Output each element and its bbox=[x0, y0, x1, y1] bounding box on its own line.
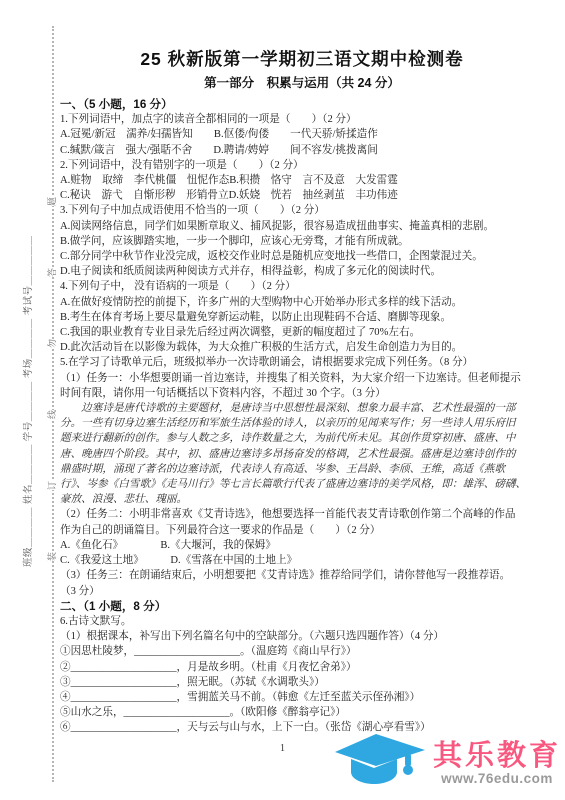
content-line: C.部分同学中秋节作业没完成，返校交作业时总是随机应变地找一些借口，企图蒙混过关… bbox=[60, 249, 544, 264]
content-line: 作为自己的朗诵篇目。下列最符合这一要求的作品是（ ）（2 分） bbox=[60, 523, 544, 538]
content-line: 边塞诗是唐代诗歌的主要题材，是唐诗当中思想性最深刻、想象力最丰富、艺术性最强的一… bbox=[60, 401, 544, 416]
content-line: A.冠冕/新冠 濡养/妇孺皆知 B.伛偻/佝偻 一代天骄/矫揉造作 bbox=[60, 127, 544, 142]
content-line: ②____________________，月是故乡明。（杜甫《月夜忆舍弟》） bbox=[60, 660, 544, 675]
content-line: D.此次活动旨在以影像为载体，为大众推广积极的生活方式，启发生命创造力为目的。 bbox=[60, 340, 544, 355]
content-line: 唐、晚唐四个阶段。其中，初、盛唐边塞诗多昂扬奋发的格调，艺术性最强。盛唐是边塞诗… bbox=[60, 447, 544, 462]
exam-paper-page: 题 答 勿 线 订 装 班级＿＿＿＿ 姓名＿＿＿＿ 学号＿＿＿＿ 考场＿＿＿＿ … bbox=[0, 0, 565, 800]
content-line: 1.下列词语中，加点字的读音全都相同的一项是（ ）（2 分） bbox=[60, 112, 544, 127]
graduation-cap-icon bbox=[329, 733, 429, 794]
content-line: （3 分） bbox=[60, 584, 544, 599]
content-line: ⑤山水之乐，____________________。（欧阳修《醉翁亭记》） bbox=[60, 705, 544, 720]
content-line: C.秘诀 游弋 自惭形秽 形销骨立D.妖娆 恍若 抽丝剥茧 丰功伟迹 bbox=[60, 188, 544, 203]
content-line: 2.下列词语中，没有错别字的一项是（ ）（2 分） bbox=[60, 158, 544, 173]
content-line: 鼎盛时期，涌现了著名的边塞诗派，代表诗人有高适、岑参、王昌龄、李颀、王维，高适《… bbox=[60, 462, 544, 477]
content-line: 时间有限，请你用一句话概括以下资料内容，不超过 30 个字。（3 分） bbox=[60, 386, 544, 401]
content-line: D.电子阅读和纸质阅读两种阅读方式并存，相得益彰，构成了多元化的阅读时代。 bbox=[60, 264, 544, 279]
brand-url: www.76edu.com bbox=[441, 771, 553, 787]
section-subtitle: 第一部分 积累与运用（共 24 分） bbox=[60, 75, 544, 92]
content-line: （3）任务三：在朗诵结束后，小明想要把《艾青诗选》推荐给同学们，请你替他写一段推… bbox=[60, 568, 544, 583]
content-line: 3.下列句子中加点成语使用不恰当的一项（ ）（2 分） bbox=[60, 203, 544, 218]
content-line: A.在做好疫情防控的前提下，许多广州的大型购物中心开始举办形式多样的线下活动。 bbox=[60, 295, 544, 310]
content-line: 行》、岑参《白雪歌》《走马川行》等七言长篇歌行代表了盛唐边塞诗的美学风格，即：雄… bbox=[60, 477, 544, 492]
content-line: （1）任务一：小华想要朗诵一首边塞诗，并搜集了相关资料，为大家介绍一下边塞诗。但… bbox=[60, 371, 544, 386]
watermark-logo: 其乐教育 www.76edu.com bbox=[329, 733, 561, 794]
binding-line-text: 题 答 勿 线 订 装 bbox=[45, 195, 60, 563]
content-lines: 一、（5 小题，16 分）1.下列词语中，加点字的读音全都相同的一项是（ ）（2… bbox=[60, 97, 544, 736]
binding-char: 线 bbox=[46, 410, 59, 419]
content-line: ④____________________，雪拥蓝关马不前。（韩愈《左迁至蓝关示… bbox=[60, 690, 544, 705]
content-line: 题来进行翻新的创作。参与人数之多，诗作数量之大，为前代所未见。其创作贯穿初唐、盛… bbox=[60, 431, 544, 446]
content-line: ③____________________，照无眠。（苏轼《水调歌头》） bbox=[60, 675, 544, 690]
content-line: 6.古诗文默写。 bbox=[60, 614, 544, 629]
binding-char: 装 bbox=[46, 552, 59, 561]
content-line: C.缄默/箴言 强大/强聒不舍 D.聘请/娉婷 间不容发/挑拨离间 bbox=[60, 143, 544, 158]
content-line: （1）根据课本，补写出下列名篇名句中的空缺部分。（六题只选四题作答）（4 分） bbox=[60, 629, 544, 644]
content-line: （2）任务二：小明非常喜欢《艾青诗选》，他想要选择一首能代表艾青诗歌创作第二个高… bbox=[60, 507, 544, 522]
content-line: 分。一些有切身边塞生活经历和军旅生活体验的诗人，以亲历的见闻来写作；另一些诗人用… bbox=[60, 416, 544, 431]
content-line: B.考生在体育考场上要尽量避免穿新运动鞋，以防止出现鞋码不合适、磨脚等现象。 bbox=[60, 310, 544, 325]
content-line: 5.在学习了诗歌单元后，班级拟举办一次诗歌朗诵会，请根据要求完成下列任务。（8 … bbox=[60, 355, 544, 370]
brand-name: 其乐教育 bbox=[433, 741, 561, 771]
content-line: C.我国的职业教育专业目录先后经过两次调整，更新的幅度超过了 70%左右。 bbox=[60, 325, 544, 340]
binding-char: 答 bbox=[46, 268, 59, 277]
content-line: ①因思杜陵梦，____________________。（温庭筠《商山早行》） bbox=[60, 644, 544, 659]
content-line: A.赃物 取缔 李代桃僵 忸怩作态B.积攒 恪守 言不及意 大发雷霆 bbox=[60, 173, 544, 188]
exam-content: 25 秋新版第一学期初三语文期中检测卷 第一部分 积累与运用（共 24 分） 一… bbox=[60, 46, 544, 736]
page-title: 25 秋新版第一学期初三语文期中检测卷 bbox=[60, 46, 544, 72]
student-info-fields: 班级＿＿＿＿ 姓名＿＿＿＿ 学号＿＿＿＿ 考场＿＿＿＿ 考试号＿＿＿＿＿ bbox=[20, 257, 34, 567]
binding-char: 订 bbox=[46, 481, 59, 490]
content-line: B.做学问，应该脚踏实地，一步一个脚印，应该心无旁骛，才能有所成就。 bbox=[60, 234, 544, 249]
binding-char: 题 bbox=[46, 197, 59, 206]
content-line: 4.下列句子中， 没有语病的一项是（ ）（2 分） bbox=[60, 279, 544, 294]
content-line: 一、（5 小题，16 分） bbox=[60, 97, 544, 112]
content-line: 豪放、浪漫、悲壮、瑰丽。 bbox=[60, 492, 544, 507]
content-line: A.《鱼化石》 B.《大堰河，我的保姆》 bbox=[60, 538, 544, 553]
content-line: 二、（1 小题，8 分） bbox=[60, 599, 544, 614]
content-line: C.《我爱这土地》 D.《雪落在中国的土地上》 bbox=[60, 553, 544, 568]
binding-char: 勿 bbox=[46, 339, 59, 348]
content-line: A.阅读网络信息，同学们如果断章取义、捕风捉影，很容易造成扭曲事实、掩盖真相的悲… bbox=[60, 219, 544, 234]
